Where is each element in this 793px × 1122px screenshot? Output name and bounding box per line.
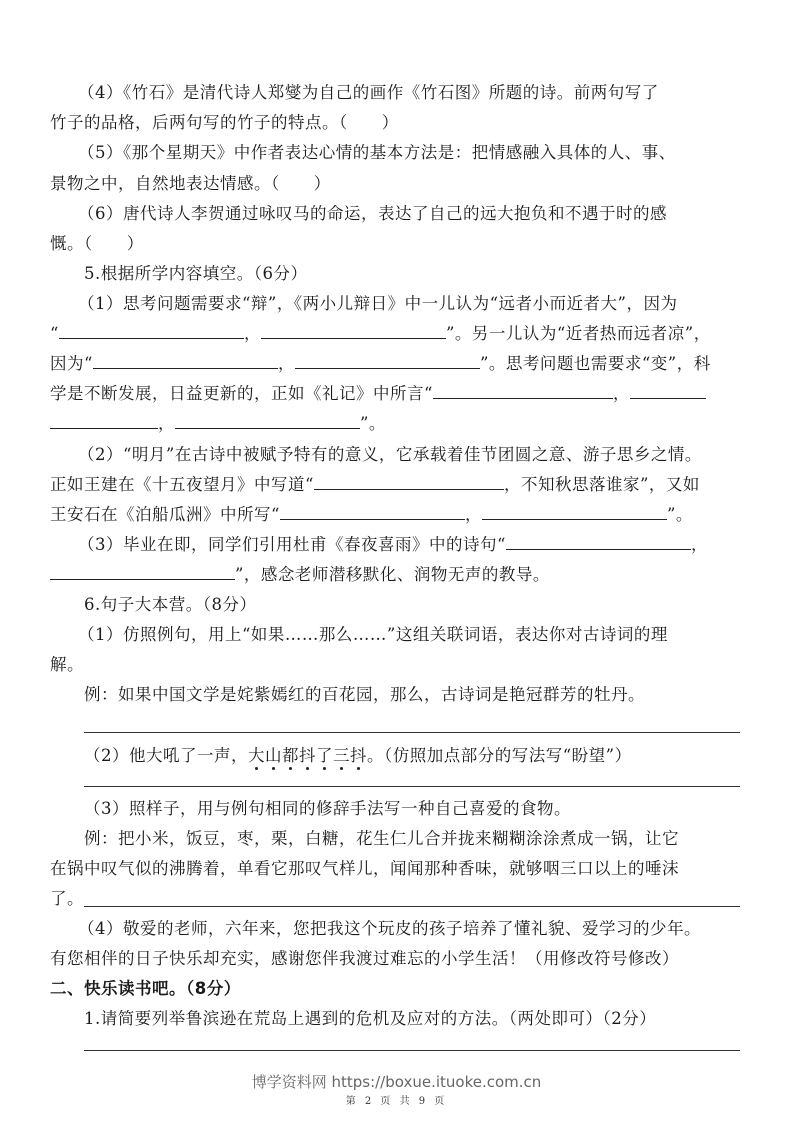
q5-p1-line-1: （1）思考问题需要求“辩”，《两小儿辩日》中一儿认为“远者小而近者大”，因为 <box>78 293 774 315</box>
q5-p2-line-2: 正如王建在《十五夜望月》中写道“，不知秋思落谁家”，又如 <box>50 474 746 496</box>
q5-p2-line-3: 王安石在《泊船瓜洲》中所写“，”。 <box>50 504 746 526</box>
item-5-line-1: （5）《那个星期天》中作者表达心情的基本方法是：把情感融入具体的人、事、 <box>78 142 774 164</box>
q6-p1-line-2: 解。 <box>50 654 746 676</box>
q6-p4-line-2: 有您相伴的日子快乐却充实，感谢您伴我渡过难忘的小学生活！（用修改符号修改） <box>50 948 746 970</box>
item-4-line-1: （4）《竹石》是清代诗人郑燮为自己的画作《竹石图》所题的诗。前两句写了 <box>78 82 774 104</box>
question-5-title: 5.根据所学内容填空。（6分） <box>84 263 780 285</box>
question-6-title: 6.句子大本营。（8分） <box>84 594 780 616</box>
fill-blank[interactable] <box>433 384 613 399</box>
fill-blank[interactable] <box>175 414 360 429</box>
q5-p1-line-2: “，”。另一儿认为“近者热而远者凉”， <box>50 323 746 345</box>
q5-p1-line-4: 学是不断发展，日益更新的，正如《礼记》中所言“， <box>50 383 746 405</box>
section-2-question-1: 1.请简要列举鲁滨逊在荒岛上遇到的危机及应对的方法。（两处即可）（2分） <box>84 1008 780 1030</box>
q5-p3-line-2: ”，感念老师潜移默化、润物无声的教导。 <box>50 564 746 586</box>
fill-blank[interactable] <box>50 414 158 429</box>
fill-blank[interactable] <box>59 324 244 339</box>
fill-blank[interactable] <box>93 354 278 369</box>
q6-p1-line-1: （1）仿照例句，用上“如果……那么……”这组关联词语，表达你对古诗词的理 <box>78 624 774 646</box>
fill-blank[interactable] <box>295 354 480 369</box>
fill-blank[interactable] <box>314 475 504 490</box>
q6-p4-line-1: （4）敬爱的老师，六年来，您把我这个玩皮的孩子培养了懂礼貌、爱学习的少年。 <box>78 918 774 940</box>
q6-p1-example: 例：如果中国文学是姹紫嫣红的百花园，那么，古诗词是艳冠群芳的牡丹。 <box>84 684 780 706</box>
watermark: 博学资料网 https://boxue.ituoke.com.cn <box>0 1071 793 1092</box>
answer-line[interactable] <box>84 906 740 907</box>
fill-blank[interactable] <box>482 505 667 520</box>
q6-p2: （2）他大吼了一声，大山都抖了三抖。（仿照加点部分的写法写“盼望”） <box>84 745 780 767</box>
fill-blank[interactable] <box>280 505 465 520</box>
item-4-line-2: 竹子的品格，后两句写的竹子的特点。（ ） <box>50 112 746 134</box>
answer-line[interactable] <box>84 732 740 733</box>
answer-line[interactable] <box>84 786 740 787</box>
page-number: 第 2 页 共 9 页 <box>0 1092 793 1107</box>
fill-blank[interactable] <box>630 384 706 399</box>
q6-p3-example-line-2: 在锅中叹气似的沸腾着，单看它那叹气样儿，闻闻那种香味，就够咽三口以上的唾沫 <box>50 858 746 880</box>
fill-blank[interactable] <box>506 535 691 550</box>
item-6-line-2: 慨。（ ） <box>50 233 746 255</box>
item-5-line-2: 景物之中，自然地表达情感。（ ） <box>50 173 746 195</box>
q5-p1-line-3: 因为“，”。思考问题也需要求“变”，科 <box>50 353 746 375</box>
q5-p1-line-5: ，”。 <box>50 413 746 435</box>
q6-p3-example-line-1: 例：把小米，饭豆，枣，栗，白糖，花生仁儿合并拢来糊糊涂涂煮成一锅，让它 <box>84 828 780 850</box>
fill-blank[interactable] <box>261 324 446 339</box>
answer-line[interactable] <box>84 1050 740 1051</box>
section-2-title: 二、快乐读书吧。（8分） <box>50 978 746 1000</box>
q6-p3-line-1: （3）照样子，用与例句相同的修辞手法写一种自己喜爱的食物。 <box>84 798 780 820</box>
q5-p3-line-1: （3）毕业在即，同学们引用杜甫《春夜喜雨》中的诗句“， <box>78 534 774 556</box>
item-6-line-1: （6）唐代诗人李贺通过咏叹马的命运，表达了自己的远大抱负和不遇于时的感 <box>78 203 774 225</box>
q5-p2-line-1: （2）“明月”在古诗中被赋予特有的意义，它承载着佳节团圆之意、游子思乡之情。 <box>78 444 774 466</box>
fill-blank[interactable] <box>50 565 235 580</box>
